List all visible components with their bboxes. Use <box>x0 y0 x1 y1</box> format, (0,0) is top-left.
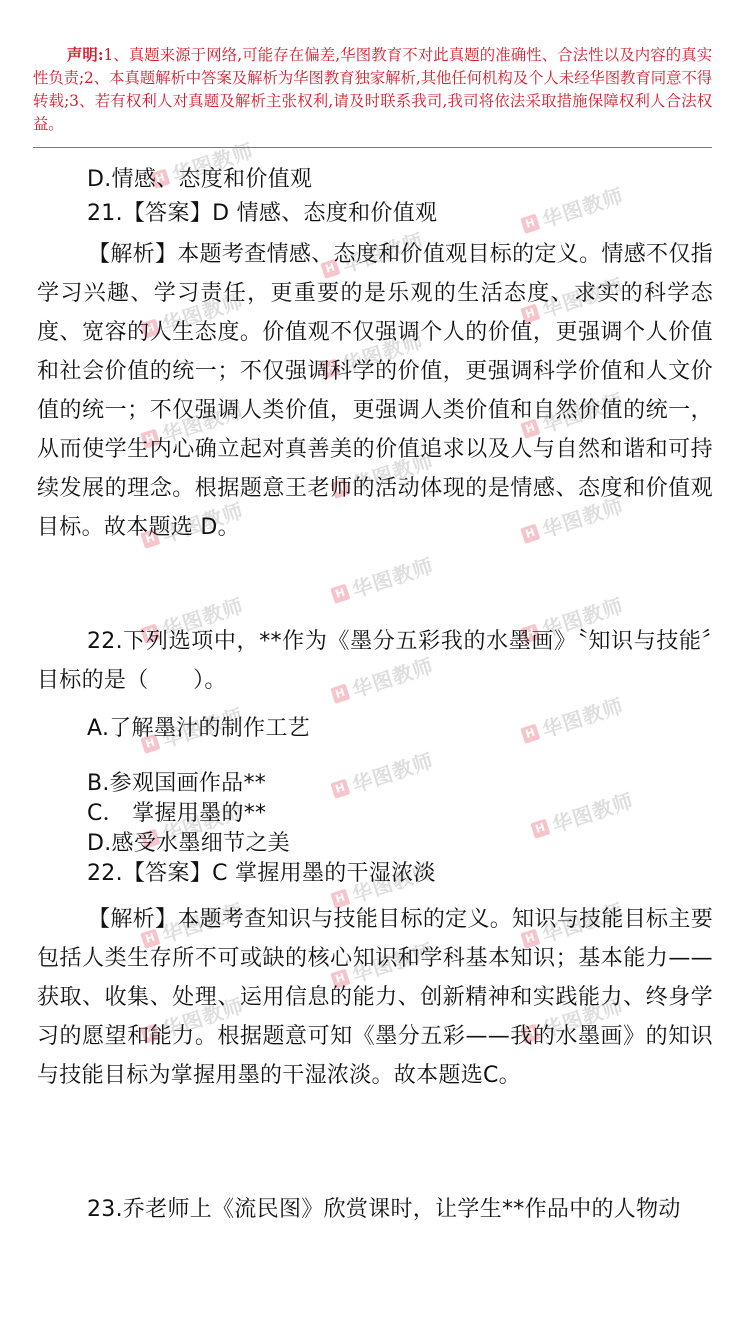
q22-option-b: B.参观国画作品** <box>87 766 266 797</box>
disclaimer-lead: 声明: <box>67 46 103 64</box>
copyright-disclaimer: 声明:1、真题来源于网络,可能存在偏差,华图教育不对此真题的准确性、合法性以及内… <box>33 44 712 136</box>
q22-analysis: 【解析】本题考查知识与技能目标的定义。知识与技能目标主要包括人类生存所不可或缺的… <box>37 900 713 1095</box>
q22-option-a: A.了解墨汁的制作工艺 <box>87 711 310 742</box>
watermark: H华图教师 <box>328 549 437 609</box>
disclaimer-text: 1、真题来源于网络,可能存在偏差,华图教育不对此真题的准确性、合法性以及内容的真… <box>33 46 712 133</box>
q21-analysis: 【解析】本题考查情感、态度和价值观目标的定义。情感不仅指学习兴趣、学习责任，更重… <box>37 235 713 547</box>
watermark-logo-icon: H <box>530 818 550 838</box>
watermark-logo-icon: H <box>520 723 540 743</box>
q23-stem: 23.乔老师上《流民图》欣赏课时，让学生**作品中的人物动 <box>37 1190 713 1229</box>
watermark: H华图教师 <box>328 744 437 804</box>
watermark-logo-icon: H <box>330 778 350 798</box>
q21-option-d: D.情感、态度和价值观 <box>87 162 312 193</box>
watermark: H华图教师 <box>518 179 627 239</box>
q22-stem: 22.下列选项中，**作为《墨分五彩我的水墨画》〝知识与技能〞目标的是（ ）。 <box>37 622 713 700</box>
header-divider <box>33 147 712 148</box>
q22-option-c: C． 掌握用墨的** <box>87 796 266 827</box>
watermark-logo-icon: H <box>330 583 350 603</box>
q22-answer: 22.【答案】C 掌握用墨的干湿浓淡 <box>87 856 436 887</box>
watermark-logo-icon: H <box>520 213 540 233</box>
q21-answer: 21.【答案】D 情感、态度和价值观 <box>87 196 437 227</box>
watermark: H华图教师 <box>528 784 637 844</box>
q22-option-d: D.感受水墨细节之美 <box>87 826 290 857</box>
